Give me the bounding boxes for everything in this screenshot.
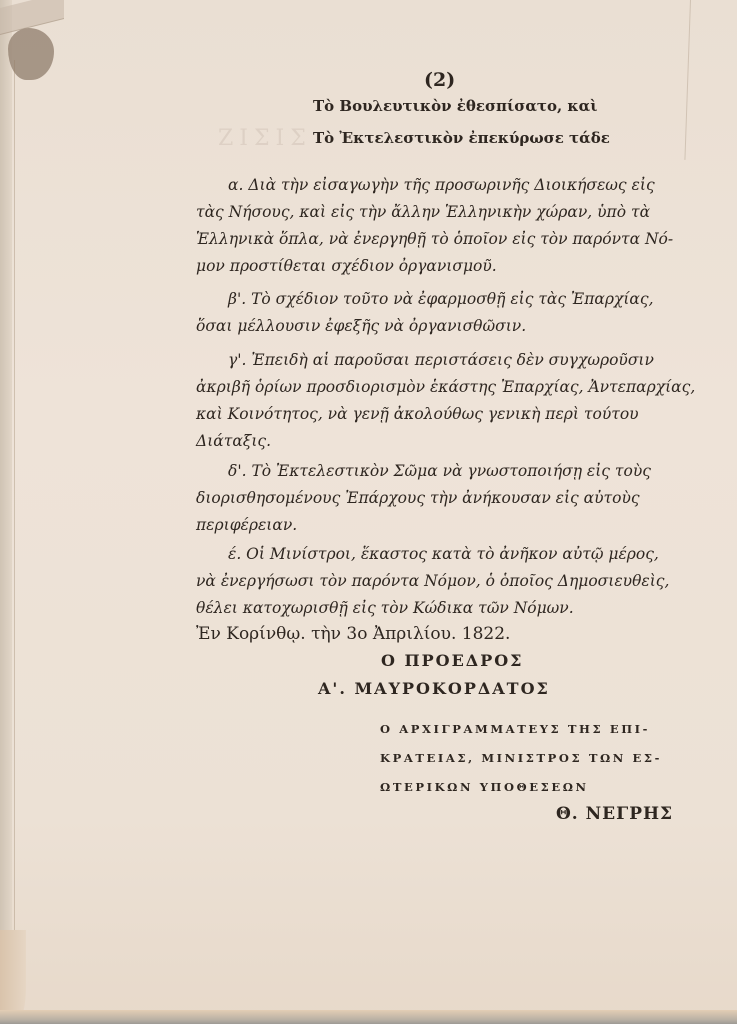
article-1-line-3: Ἑλληνικὰ ὅπλα, νὰ ἐνεργηθῇ τὸ ὁποῖον εἰς…	[196, 229, 673, 249]
article-2-line-1: β'. Τὸ σχέδιον τοῦτο νὰ ἐφαρμοσθῇ εἰς τὰ…	[228, 289, 654, 309]
show-through-text: ΖΙΣΙΣ	[218, 126, 312, 151]
header-line-1: Τὸ Βουλευτικὸν ἐθεσπίσατο, καὶ	[313, 96, 597, 116]
secretary-name: Θ. ΝΕΓΡΗΣ	[556, 804, 673, 824]
header-line-2: Τὸ Ἐκτελεστικὸν ἐπεκύρωσε τάδε	[313, 128, 610, 148]
page-crease-right	[684, 0, 691, 160]
page-left-edge	[0, 0, 12, 1024]
document-page: ΖΙΣΙΣ (2) Τὸ Βουλευτικὸν ἐθεσπίσατο, καὶ…	[0, 0, 737, 1024]
page-bottom-edge	[0, 1010, 737, 1024]
president-name: Α'. ΜΑΥΡΟΚΟΡΔΑΤΟΣ	[318, 679, 550, 699]
secretary-title-line-2: ΚΡΑΤΕΙΑΣ, ΜΙΝΙΣΤΡΟΣ ΤΩΝ ΕΣ-	[380, 748, 662, 768]
article-1-line-4: μον προστίθεται σχέδιον ὀργανισμοῦ.	[196, 256, 497, 276]
president-title: Ο ΠΡΟΕΔΡΟΣ	[381, 651, 523, 671]
article-1-line-2: τὰς Νήσους, καὶ εἰς τὴν ἄλλην Ἑλληνικὴν …	[196, 202, 650, 222]
page-number: (2)	[424, 70, 455, 90]
article-3-line-2: ἀκριβῆ ὁρίων προσδιορισμὸν ἑκάστης Ἐπαρχ…	[196, 377, 695, 397]
article-4-line-2: διορισθησομένους Ἐπάρχους τὴν ἀνήκουσαν …	[196, 488, 640, 508]
article-5-line-2: νὰ ἐνεργήσωσι τὸν παρόντα Νόμον, ὁ ὁποῖο…	[196, 571, 669, 591]
article-4-line-3: περιφέρειαν.	[196, 515, 297, 535]
secretary-title-line-1: Ο ΑΡΧΙΓΡΑΜΜΑΤΕΥΣ ΤΗΣ ΕΠΙ-	[380, 719, 650, 739]
article-5-line-1: έ. Οἱ Μινίστροι, ἕκαστος κατὰ τὸ ἀνῆκον …	[228, 544, 659, 564]
article-1-line-1: α. Διὰ τὴν εἰσαγωγὴν τῆς προσωρινῆς Διοι…	[228, 175, 655, 195]
article-3-line-1: γ'. Ἐπειδὴ αἱ παροῦσαι περιστάσεις δὲν σ…	[228, 350, 654, 370]
article-3-line-4: Διάταξις.	[196, 431, 271, 451]
date-line: Ἐν Κορίνθῳ. τὴν 3ο Ἀπριλίου. 1822.	[196, 624, 510, 644]
article-2-line-2: ὅσαι μέλλουσιν ἐφεξῆς νὰ ὀργανισθῶσιν.	[196, 316, 526, 336]
article-4-line-1: δ'. Τὸ Ἐκτελεστικὸν Σῶμα νὰ γνωστοποιήσῃ…	[228, 461, 651, 481]
article-3-line-3: καὶ Κοινότητος, νὰ γενῇ ἀκολούθως γενικὴ…	[196, 404, 639, 424]
secretary-title-line-3: ΩΤΕΡΙΚΩΝ ΥΠΟΘΕΣΕΩΝ	[380, 777, 589, 797]
page-crease	[14, 60, 15, 1020]
article-5-line-3: θέλει κατοχωρισθῇ εἰς τὸν Κώδικα τῶν Νόμ…	[196, 598, 574, 618]
